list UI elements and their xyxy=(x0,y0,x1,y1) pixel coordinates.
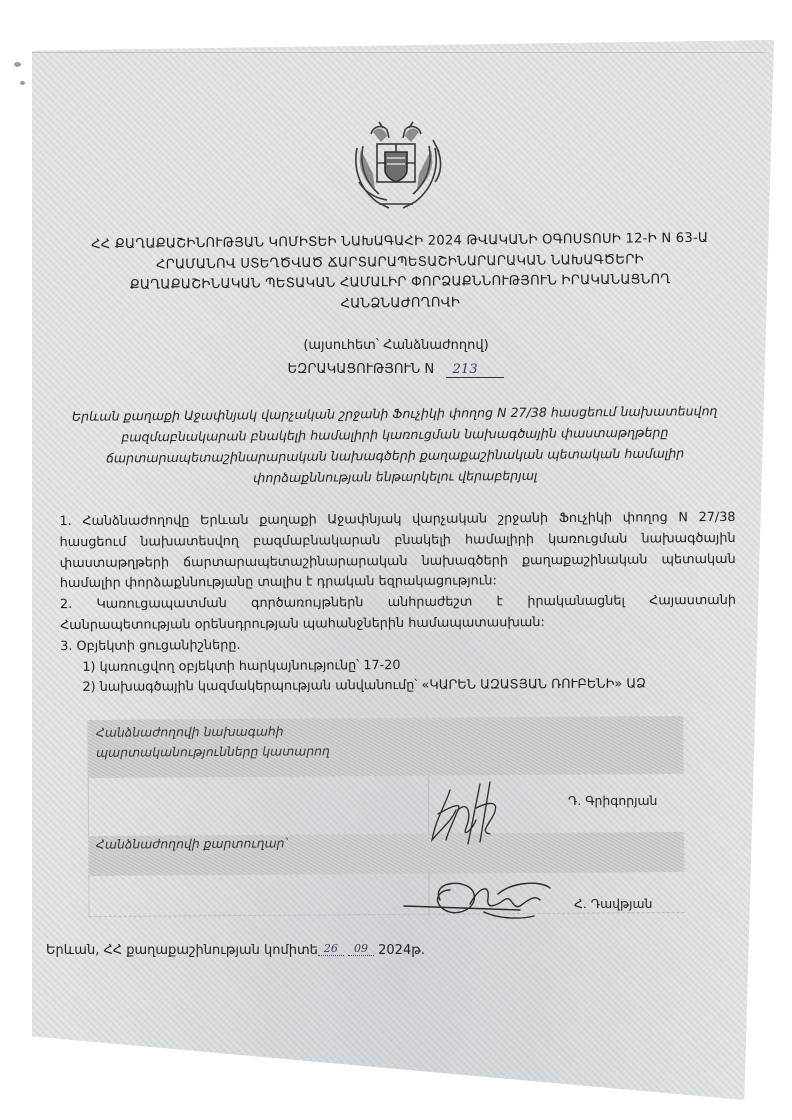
certificate-title: ԵԶՐԱԿԱՑՈՒԹՅՈՒՆ N 213 xyxy=(0,362,792,378)
secretary-name: Հ. Դավթյան xyxy=(574,896,652,911)
paragraph-1: 1. Հանձնաժողովը Երևան քաղաքի Աջափնյակ վա… xyxy=(59,508,735,595)
indicator-item: 2) նախագծային կազմակերպության անվանումը՝… xyxy=(60,674,736,699)
secretary-signature-icon xyxy=(400,876,570,926)
chair-signature-icon xyxy=(428,780,528,848)
footer-year: 2024թ. xyxy=(378,943,425,958)
footer-day: 26 xyxy=(318,942,344,956)
footer-place: Երևան, ՀՀ քաղաքաշինության կոմիտե xyxy=(46,943,318,958)
chair-name: Դ. Գրիգորյան xyxy=(568,793,657,808)
document-footer: Երևան, ՀՀ քաղաքաշինության կոմիտե26 09 20… xyxy=(46,942,425,958)
document-body: 1. Հանձնաժողովը Երևան քաղաքի Աջափնյակ վա… xyxy=(59,508,736,699)
chair-duty-label-text: Հանձնաժողովի նախագահի պարտականություններ… xyxy=(96,721,336,763)
footer-month: 09 xyxy=(348,942,374,956)
paragraph-2: 2. Կառուցապատման գործառույթներն անհրաժեշ… xyxy=(60,591,736,637)
scan-speck xyxy=(20,81,25,85)
armenian-coat-of-arms-icon xyxy=(343,118,449,214)
scan-speck xyxy=(14,62,21,67)
scan-edge-line xyxy=(32,52,766,53)
table-border xyxy=(88,778,89,836)
secretary-label: Հանձնաժողովի քարտուղար՝ xyxy=(96,835,288,851)
document-header: ՀՀ ՔԱՂԱՔԱՇԻՆՈՒԹՅԱՆ ԿՈՄԻՏԵԻ ՆԱԽԱԳԱՀԻ 2024… xyxy=(60,228,741,317)
certificate-number: 213 xyxy=(446,362,504,378)
table-bottom-line xyxy=(89,912,685,917)
header-subtitle: (այսուհետ՝ Հանձնաժողով) xyxy=(0,338,792,353)
certificate-label: ԵԶՐԱԿԱՑՈՒԹՅՈՒՆ N xyxy=(288,362,435,377)
document-subject: Երևան քաղաքի Աջափնյակ վարչական շրջանի Ֆո… xyxy=(70,400,721,490)
table-border xyxy=(88,876,89,918)
